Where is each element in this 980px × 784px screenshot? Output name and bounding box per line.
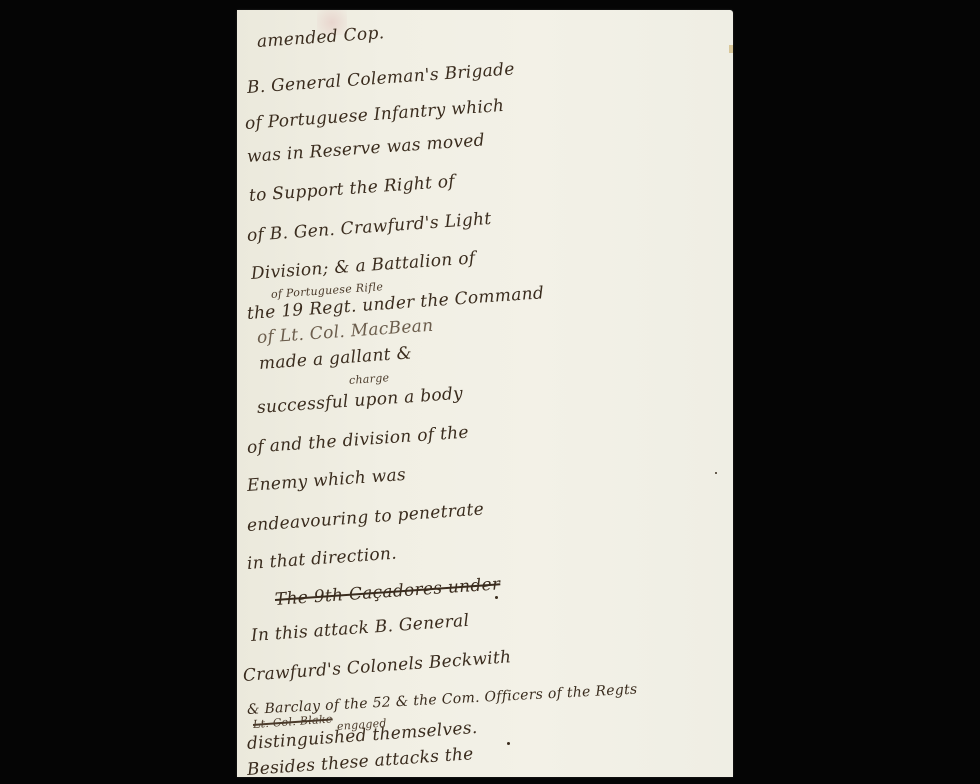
- ink-dot-3: [715, 472, 717, 474]
- manuscript-line-6: of B. Gen. Crawfurd's Light: [246, 209, 492, 246]
- manuscript-line-4: was in Reserve was moved: [246, 130, 485, 167]
- struck-line-1: The 9th Caçadores under: [274, 574, 501, 610]
- manuscript-line-1: amended Cop.: [256, 23, 385, 52]
- manuscript-line-5: to Support the Right of: [248, 172, 455, 206]
- interlinear-note-2: charge: [349, 371, 390, 387]
- manuscript-line-12: of and the division of the: [246, 423, 469, 458]
- manuscript-line-15: in that direction.: [246, 544, 397, 574]
- manuscript-line-13: Enemy which was: [246, 465, 406, 496]
- ink-dot: [495, 596, 498, 599]
- manuscript-line-14: endeavouring to penetrate: [246, 499, 484, 536]
- manuscript-long-line: & Barclay of the 52 & the Com. Officers …: [247, 682, 638, 718]
- manuscript-line-11: successful upon a body: [256, 384, 463, 418]
- manuscript-line-2: B. General Coleman's Brigade: [246, 59, 515, 98]
- manuscript-line-7: Division; & a Battalion of: [250, 248, 476, 284]
- manuscript-line-3: of Portuguese Infantry which: [244, 96, 504, 134]
- manuscript-line-10: made a gallant &: [258, 343, 412, 374]
- edge-mark: [729, 45, 733, 53]
- manuscript-line-16: In this attack B. General: [250, 611, 470, 646]
- manuscript-line-17: Crawfurd's Colonels Beckwith: [242, 647, 512, 686]
- manuscript-page: amended Cop. B. General Coleman's Brigad…: [237, 10, 733, 777]
- ink-dot-2: [507, 742, 510, 745]
